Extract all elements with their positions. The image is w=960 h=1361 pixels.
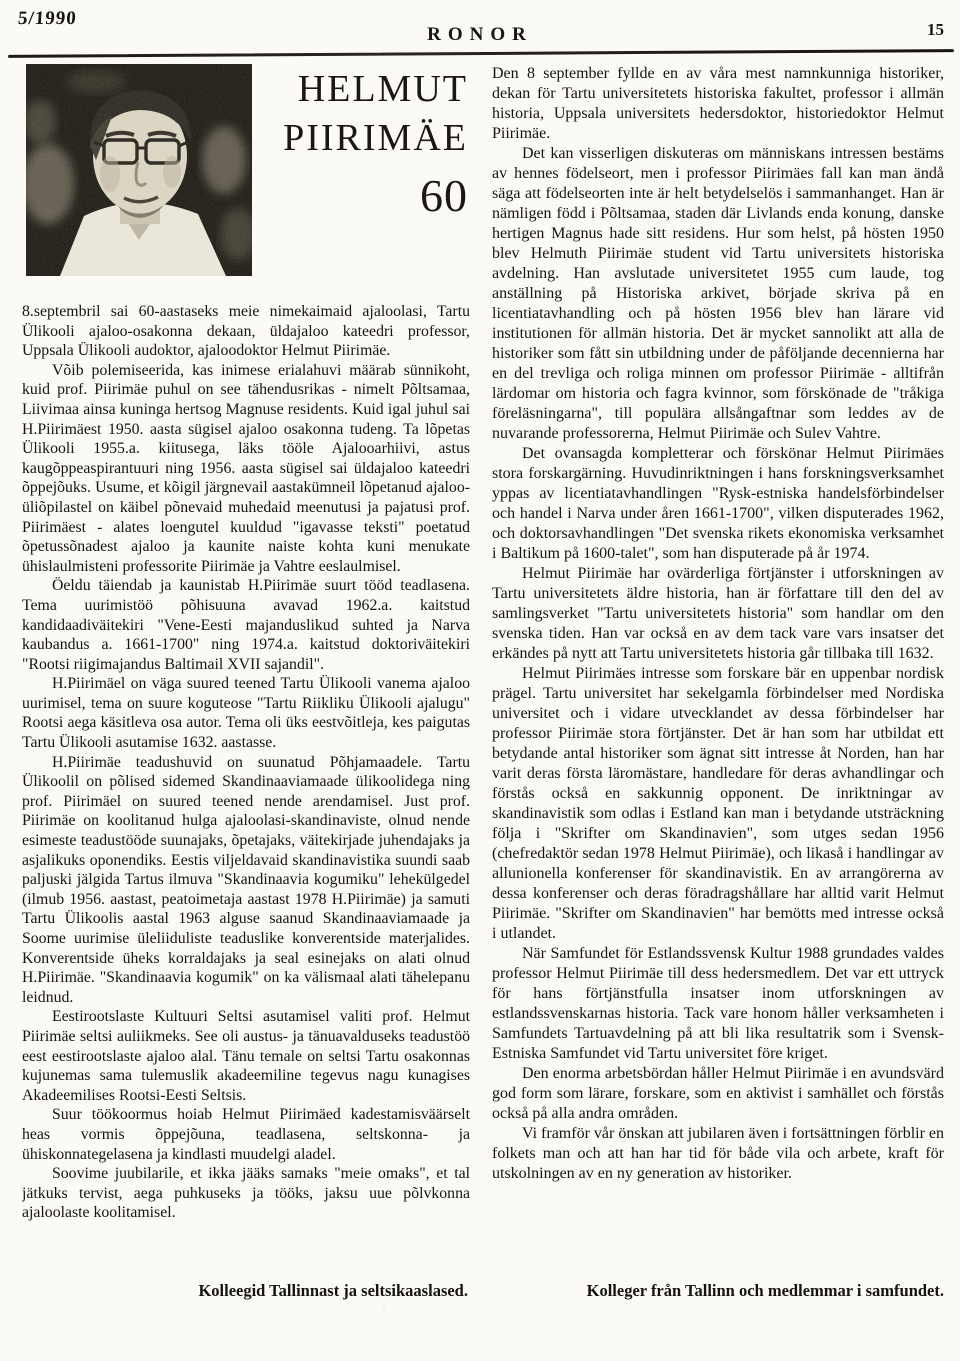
paragraph: Det ovansagda kompletterar och förskönar…	[492, 444, 944, 564]
article-body-estonian: 8.septembril sai 60-aastaseks meie nimek…	[22, 302, 470, 1223]
paragraph: Den enorma arbetsbördan håller Helmut Pi…	[492, 1064, 944, 1124]
article-title-line-1: HELMUT	[268, 70, 468, 108]
portrait-photo	[26, 64, 252, 276]
journal-page: 5/1990 RONOR 15	[0, 0, 960, 1361]
page-number: 15	[927, 20, 944, 40]
paragraph: Det kan visserligen diskuteras om männis…	[492, 144, 944, 444]
paragraph: H.Piirimäel on väga suured teened Tartu …	[22, 674, 470, 752]
article-title: HELMUT PIIRIMÄE 60	[268, 70, 468, 219]
article-title-anniversary-number: 60	[268, 173, 468, 219]
paragraph: Suur töökoormus hoiab Helmut Piirimäed k…	[22, 1105, 470, 1164]
article-title-line-2: PIIRIMÄE	[268, 119, 468, 157]
masthead-divider	[8, 49, 954, 58]
paragraph: Soovime juubilarile, et ikka jääks samak…	[22, 1164, 470, 1223]
journal-title: RONOR	[0, 24, 960, 46]
paragraph: Eestirootslaste Kultuuri Seltsi asutamis…	[22, 1007, 470, 1105]
paragraph: När Samfundet för Estlandssvensk Kultur …	[492, 944, 944, 1064]
paragraph: H.Piirimäe teadushuvid on suunatud Põhja…	[22, 753, 470, 1008]
paragraph: Öeldu täiendab ja kaunistab H.Piirimäe s…	[22, 576, 470, 674]
signature-estonian: Kolleegid Tallinnast ja seltsikaaslased.	[22, 1281, 468, 1301]
portrait-photo-graphic	[26, 64, 252, 276]
article-body-swedish: Den 8 september fyllde en av våra mest n…	[492, 64, 944, 1184]
paragraph: Helmut Piirimäes intresse som forskare b…	[492, 664, 944, 944]
signature-swedish: Kolleger från Tallinn och medlemmar i sa…	[492, 1281, 944, 1301]
paragraph: Võib polemiseerida, kas inimese erialahu…	[22, 361, 470, 577]
paragraph: Den 8 september fyllde en av våra mest n…	[492, 64, 944, 144]
paragraph: Vi framför vår önskan att jubilaren även…	[492, 1124, 944, 1184]
paragraph: 8.septembril sai 60-aastaseks meie nimek…	[22, 302, 470, 361]
paragraph: Helmut Piirimäe har ovärderliga förtjäns…	[492, 564, 944, 664]
